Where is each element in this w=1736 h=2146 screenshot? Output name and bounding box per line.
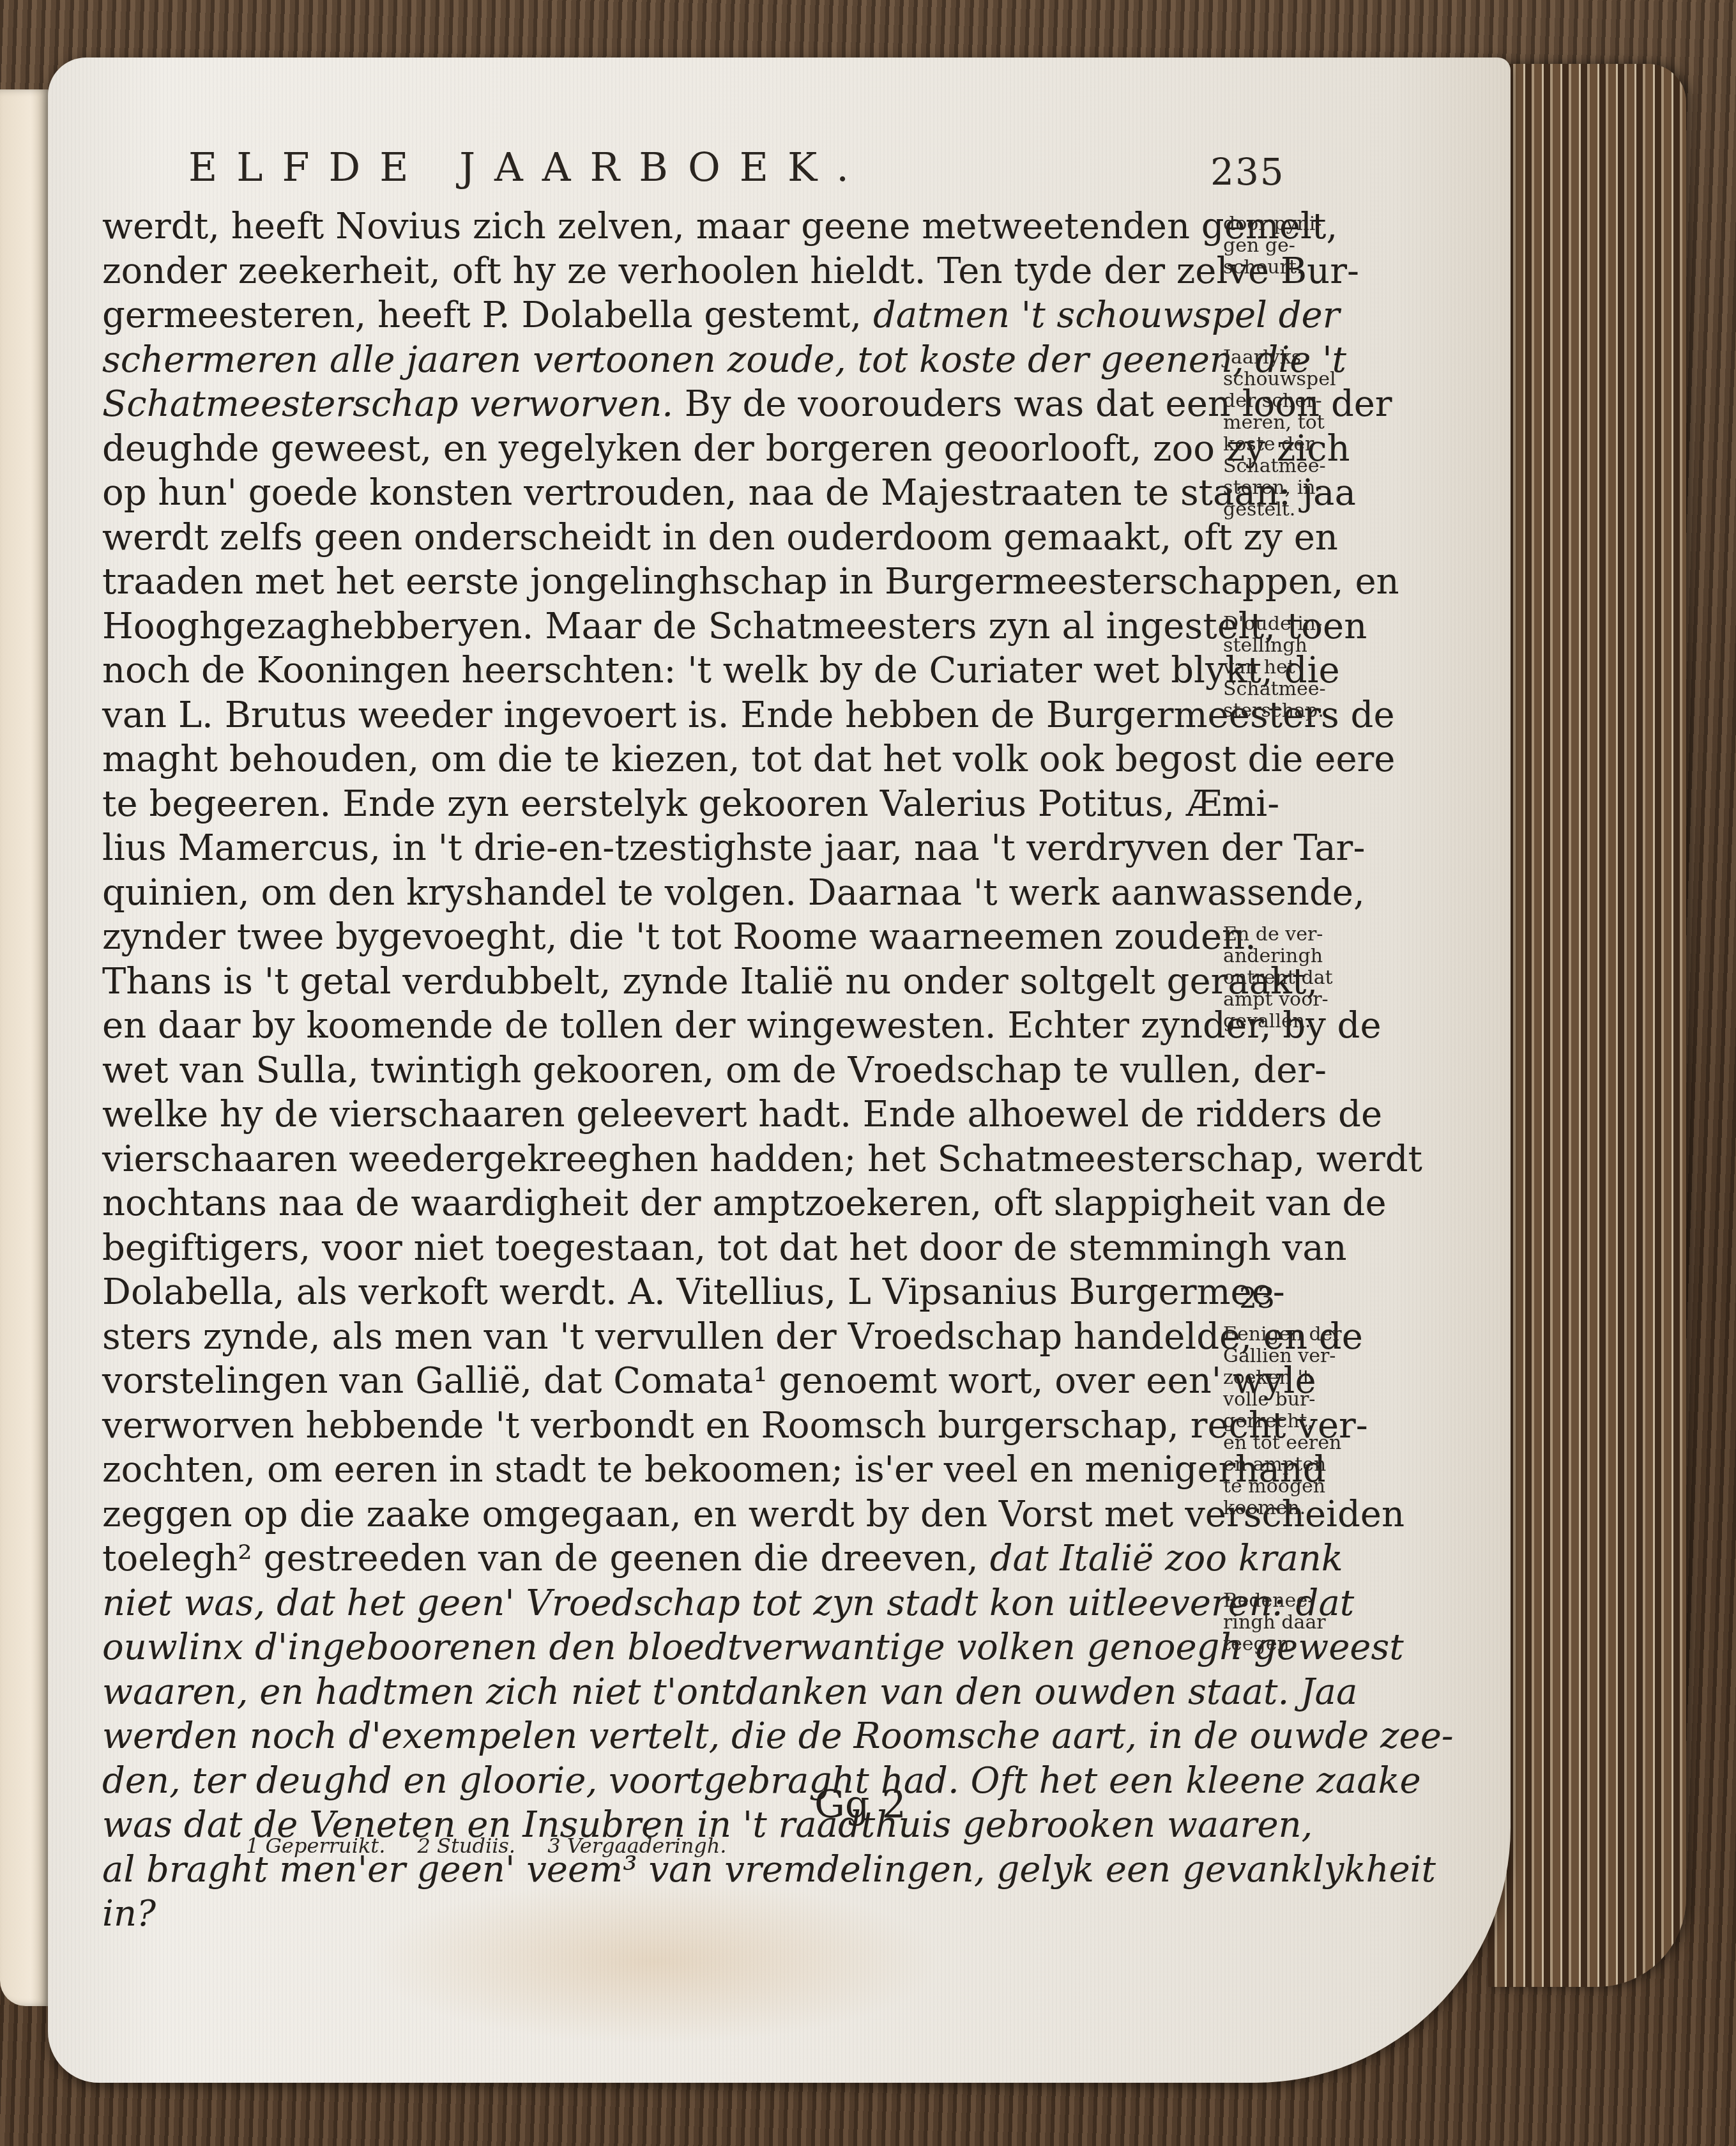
text-line: en daar by koomende de tollen der wingew…	[102, 1004, 1226, 1048]
italic-run: dat Italië zoo krank	[990, 1538, 1343, 1579]
sidenote-line: Redenee-	[1223, 1590, 1351, 1612]
roman-run: maght behouden, om die te kiezen, tot da…	[102, 739, 1395, 780]
running-head-title: ELFDE JAARBOEK.	[188, 144, 868, 190]
roman-run: zeggen op die zaake omgegaan, en werdt b…	[102, 1494, 1405, 1535]
roman-run: sters zynde, als men van 't vervullen de…	[102, 1316, 1363, 1358]
text-line: te begeeren. Ende zyn eerstelyk gekooren…	[102, 782, 1226, 827]
text-line: ouwlinx d'ingeboorenen den bloedtverwant…	[102, 1625, 1226, 1670]
text-line: Dolabella, als verkoft werdt. A. Vitelli…	[102, 1270, 1226, 1315]
roman-run: van L. Brutus weeder ingevoert is. Ende …	[102, 694, 1395, 736]
italic-run: in?	[102, 1893, 156, 1935]
roman-run: germeesteren, heeft P. Dolabella gestemt…	[102, 295, 873, 336]
sidenote: Eenigen derGalliën ver-zoeken 'tvolle bu…	[1223, 1324, 1351, 1519]
text-line: den, ter deughd en gloorie, voortgebragh…	[102, 1759, 1226, 1804]
text-line: werdt zelfs geen onderscheidt in den oud…	[102, 516, 1226, 560]
text-line: niet was, dat het geen' Vroedschap tot z…	[102, 1581, 1226, 1626]
sidenote: door pyni-gen ge-scheurt.	[1223, 213, 1351, 279]
sidenote-line: zoeken 't	[1223, 1367, 1351, 1389]
text-line: in?	[102, 1892, 1226, 1936]
sidenote-line: door pyni-	[1223, 213, 1351, 235]
text-line: vierschaaren weedergekreeghen hadden; he…	[102, 1137, 1226, 1182]
roman-run: nochtans naa de waardigheit der amptzoek…	[102, 1183, 1387, 1224]
italic-run: Schatmeesterschap verworven.	[102, 383, 673, 425]
facing-left-page-edge	[0, 89, 51, 2006]
text-line: zochten, om eeren in stadt te bekoomen; …	[102, 1448, 1226, 1492]
text-line: zynder twee bygevoeght, die 't tot Roome…	[102, 915, 1226, 960]
sidenote: Redenee-ringh daarteegen.	[1223, 1590, 1351, 1655]
book-fore-edge	[1488, 64, 1686, 1987]
roman-run: traaden met het eerste jongelinghschap i…	[102, 561, 1399, 602]
sidenote-line: te moogen	[1223, 1476, 1351, 1498]
italic-run: ouwlinx d'ingeboorenen den bloedtverwant…	[102, 1627, 1404, 1668]
roman-run: zochten, om eeren in stadt te bekoomen; …	[102, 1449, 1326, 1491]
roman-run: te begeeren. Ende zyn eerstelyk gekooren…	[102, 783, 1279, 825]
sidenote-line: der scher-	[1223, 390, 1351, 412]
text-line: werden noch d'exempelen vertelt, die de …	[102, 1714, 1226, 1759]
footnote-1: 1 Geperruikt.	[246, 1834, 385, 1858]
sidenote: D'oude in-stellinghvan hetSchatmee-sters…	[1223, 613, 1351, 722]
roman-run: deughde geweest, en yegelyken der borger…	[102, 428, 1350, 470]
page-number: 235	[1210, 150, 1285, 194]
footnote-2: 2 Studiis.	[417, 1834, 515, 1858]
roman-run: welke hy de vierschaaren geleevert hadt.…	[102, 1094, 1382, 1135]
text-line: germeesteren, heeft P. Dolabella gestemt…	[102, 293, 1226, 338]
sidenote-line: Eenigen der	[1223, 1324, 1351, 1345]
sidenote-line: stellingh	[1223, 635, 1351, 657]
text-line: sters zynde, als men van 't vervullen de…	[102, 1315, 1226, 1360]
sidenote-line: meren, tot	[1223, 412, 1351, 434]
text-line: zeggen op die zaake omgegaan, en werdt b…	[102, 1492, 1226, 1537]
sidenote-line: gevallen.	[1223, 1011, 1351, 1032]
roman-run: lius Mamercus, in 't drie-en-tzestighste…	[102, 827, 1365, 869]
roman-run: toelegh² gestreeden van de geenen die dr…	[102, 1538, 990, 1579]
text-line: op hun' goede konsten vertrouden, naa de…	[102, 471, 1226, 516]
text-line: traaden met het eerste jongelinghschap i…	[102, 560, 1226, 604]
text-line: vorstelingen van Gallië, dat Comata¹ gen…	[102, 1359, 1226, 1404]
roman-run: Thans is 't getal verdubbelt, zynde Ital…	[102, 961, 1318, 1002]
body-text: werdt, heeft Novius zich zelven, maar ge…	[102, 204, 1226, 1936]
text-line: maght behouden, om die te kiezen, tot da…	[102, 737, 1226, 782]
sidenote-line: en tot eeren	[1223, 1432, 1351, 1454]
sidenote-line: ringh daar	[1223, 1612, 1351, 1634]
sidenote-line: ampt voor-	[1223, 989, 1351, 1011]
sidenote-line: teegen.	[1223, 1634, 1351, 1655]
italic-run: datmen 't schouwspel der	[873, 295, 1340, 336]
text-line: deughde geweest, en yegelyken der borger…	[102, 427, 1226, 471]
roman-run: werdt zelfs geen onderscheidt in den oud…	[102, 517, 1338, 558]
text-line: wet van Sulla, twintigh gekooren, om de …	[102, 1048, 1226, 1093]
sidenote-line: van het	[1223, 657, 1351, 678]
text-line: van L. Brutus weeder ingevoert is. Ende …	[102, 693, 1226, 738]
text-line: toelegh² gestreeden van de geenen die dr…	[102, 1537, 1226, 1581]
sidenote-line: anderingh	[1223, 946, 1351, 967]
sidenote: En de ver-anderinghontrent datampt voor-…	[1223, 924, 1351, 1032]
sidenote-line: koomen.	[1223, 1498, 1351, 1519]
sidenote-line: D'oude in-	[1223, 613, 1351, 635]
footnotes: 1 Geperruikt. 2 Studiis. 3 Vergaaderingh…	[246, 1834, 752, 1858]
roman-run: zonder zeekerheit, oft hy ze verhoolen h…	[102, 250, 1359, 292]
italic-run: waaren, en hadtmen zich niet t'ontdanken…	[102, 1671, 1357, 1713]
sidenote-line: koste der	[1223, 434, 1351, 456]
sidenote-line: en ampten	[1223, 1454, 1351, 1476]
text-line: verworven hebbende 't verbondt en Roomsc…	[102, 1404, 1226, 1448]
sidenote-line: gerrecht,	[1223, 1411, 1351, 1432]
roman-run: begiftigers, voor niet toegestaan, tot d…	[102, 1227, 1347, 1269]
roman-run: wet van Sulla, twintigh gekooren, om de …	[102, 1050, 1327, 1091]
footnote-3: 3 Vergaaderingh.	[547, 1834, 726, 1858]
text-line: werdt, heeft Novius zich zelven, maar ge…	[102, 204, 1226, 249]
italic-run: schermeren alle jaaren vertoonen zoude, …	[102, 339, 1346, 381]
roman-run: noch de Kooningen heerschten: 't welk by…	[102, 650, 1340, 691]
roman-run: vorstelingen van Gallië, dat Comata¹ gen…	[102, 1360, 1316, 1402]
sidenote-line: steren, in-	[1223, 477, 1351, 499]
italic-run: werden noch d'exempelen vertelt, die de …	[102, 1715, 1454, 1757]
text-line: Schatmeesterschap verworven. By de vooro…	[102, 382, 1226, 427]
roman-run: op hun' goede konsten vertrouden, naa de…	[102, 472, 1356, 514]
italic-run: niet was, dat het geen' Vroedschap tot z…	[102, 1583, 1354, 1624]
roman-run: zynder twee bygevoeght, die 't tot Roome…	[102, 916, 1256, 958]
text-line: lius Mamercus, in 't drie-en-tzestighste…	[102, 826, 1226, 871]
roman-run: en daar by koomende de tollen der wingew…	[102, 1005, 1382, 1046]
text-line: Thans is 't getal verdubbelt, zynde Ital…	[102, 960, 1226, 1004]
sidenote-line: Galliën ver-	[1223, 1345, 1351, 1367]
sidenote-line: gen ge-	[1223, 235, 1351, 257]
sidenote-line: ontrent dat	[1223, 967, 1351, 989]
text-line: Hooghgezaghebberyen. Maar de Schatmeeste…	[102, 604, 1226, 649]
italic-run: den, ter deughd en gloorie, voortgebragh…	[102, 1760, 1421, 1802]
sidenote-line: volle bur-	[1223, 1389, 1351, 1411]
text-line: nochtans naa de waardigheit der amptzoek…	[102, 1181, 1226, 1226]
roman-run: quinien, om den kryshandel te volgen. Da…	[102, 872, 1365, 914]
sidenote-line: Schatmee-	[1223, 456, 1351, 477]
roman-run: vierschaaren weedergekreeghen hadden; he…	[102, 1138, 1422, 1180]
text-line: welke hy de vierschaaren geleevert hadt.…	[102, 1092, 1226, 1137]
sidenote-line: Schatmee-	[1223, 678, 1351, 700]
sidenote-line: En de ver-	[1223, 924, 1351, 946]
sidenote-line: scheurt.	[1223, 257, 1351, 279]
sidenote-line: gestelt.	[1223, 499, 1351, 521]
text-line: waaren, en hadtmen zich niet t'ontdanken…	[102, 1670, 1226, 1715]
book-page: ELFDE JAARBOEK. 235 werdt, heeft Novius …	[48, 57, 1511, 2083]
roman-run: verworven hebbende 't verbondt en Roomsc…	[102, 1405, 1368, 1446]
sidenote-line: sterschap.	[1223, 700, 1351, 722]
section-number: 23	[1239, 1276, 1275, 1321]
text-line: schermeren alle jaaren vertoonen zoude, …	[102, 338, 1226, 383]
text-line: zonder zeekerheit, oft hy ze verhoolen h…	[102, 249, 1226, 294]
roman-run: Hooghgezaghebberyen. Maar de Schatmeeste…	[102, 606, 1367, 647]
sidenote-line: schouwspel	[1223, 369, 1351, 390]
roman-run: Dolabella, als verkoft werdt. A. Vitelli…	[102, 1271, 1285, 1313]
sidenote: Jaarlyksschouwspelder scher-meren, totko…	[1223, 347, 1351, 521]
sidenote-line: Jaarlyks	[1223, 347, 1351, 369]
roman-run: werdt, heeft Novius zich zelven, maar ge…	[102, 206, 1337, 247]
signature-mark: Gg 2	[814, 1782, 906, 1827]
text-line: begiftigers, voor niet toegestaan, tot d…	[102, 1226, 1226, 1271]
text-line: noch de Kooningen heerschten: 't welk by…	[102, 648, 1226, 693]
text-line: quinien, om den kryshandel te volgen. Da…	[102, 871, 1226, 916]
